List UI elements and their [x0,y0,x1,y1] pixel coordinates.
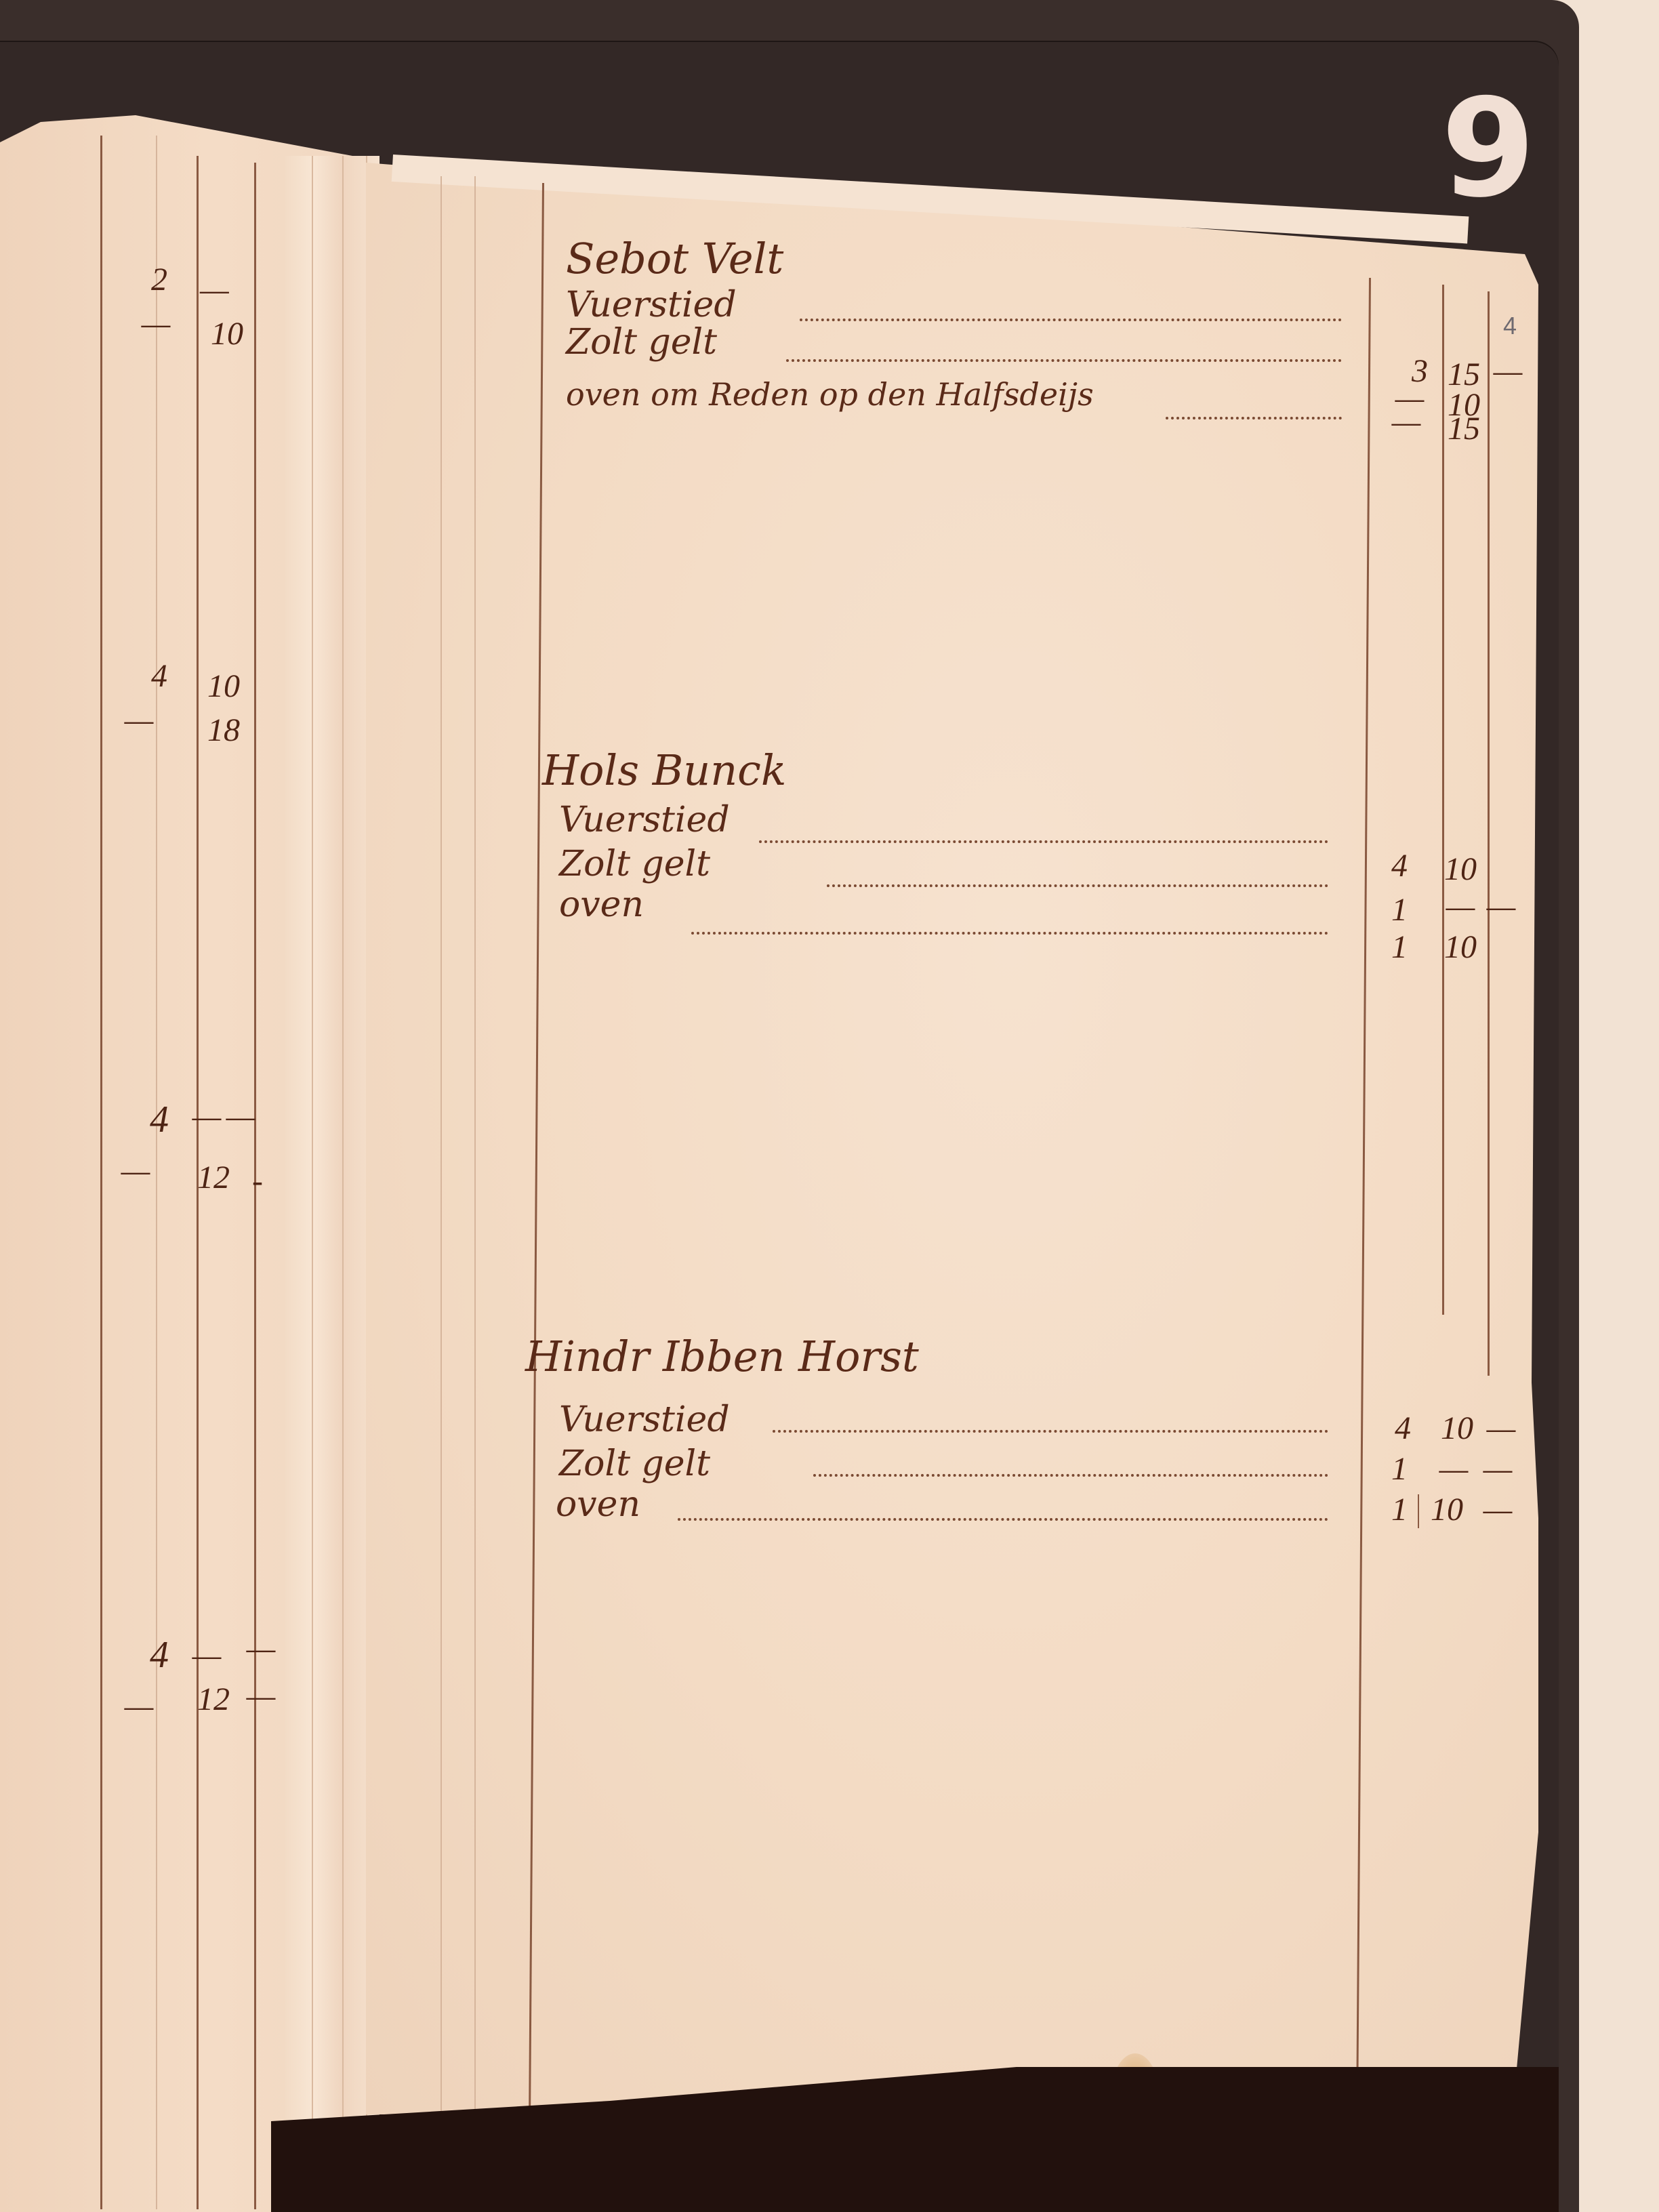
tally-stroke [1418,1494,1419,1528]
book-gutter [285,156,380,2212]
line-label: Zolt gelt [559,1443,710,1484]
right-amount-line [1488,291,1490,1376]
entry-name: Sebot Velt [566,234,783,283]
dotted-leader [813,1474,1328,1477]
dotted-leader [773,1430,1328,1433]
left-ruled-line [100,136,102,2209]
page-fold [342,156,344,2212]
dotted-leader [678,1518,1328,1521]
line-label: Zolt gelt [566,322,717,363]
line-label: oven [559,884,644,925]
right-faint-line [474,176,476,2169]
dotted-leader [786,359,1342,362]
line-label: oven om Reden op den Halfsdeijs [566,376,1094,413]
page-fold [312,156,313,2212]
entry-name: Hols Bunck [542,745,786,795]
dotted-leader [827,884,1328,887]
line-label: oven [556,1484,640,1525]
dotted-leader [691,932,1328,935]
dotted-leader [759,840,1328,843]
line-label: Vuerstied [559,800,730,840]
dotted-leader [1166,417,1342,419]
line-label: Vuerstied [566,285,737,325]
entry-name: Hindr Ibben Horst [525,1332,919,1381]
plate-number: 9 [1441,88,1536,210]
dotted-leader [800,319,1342,321]
right-faint-line [441,176,442,2169]
folio-number: 4 [1503,312,1517,340]
line-label: Vuerstied [559,1399,730,1440]
line-label: Zolt gelt [559,844,710,884]
